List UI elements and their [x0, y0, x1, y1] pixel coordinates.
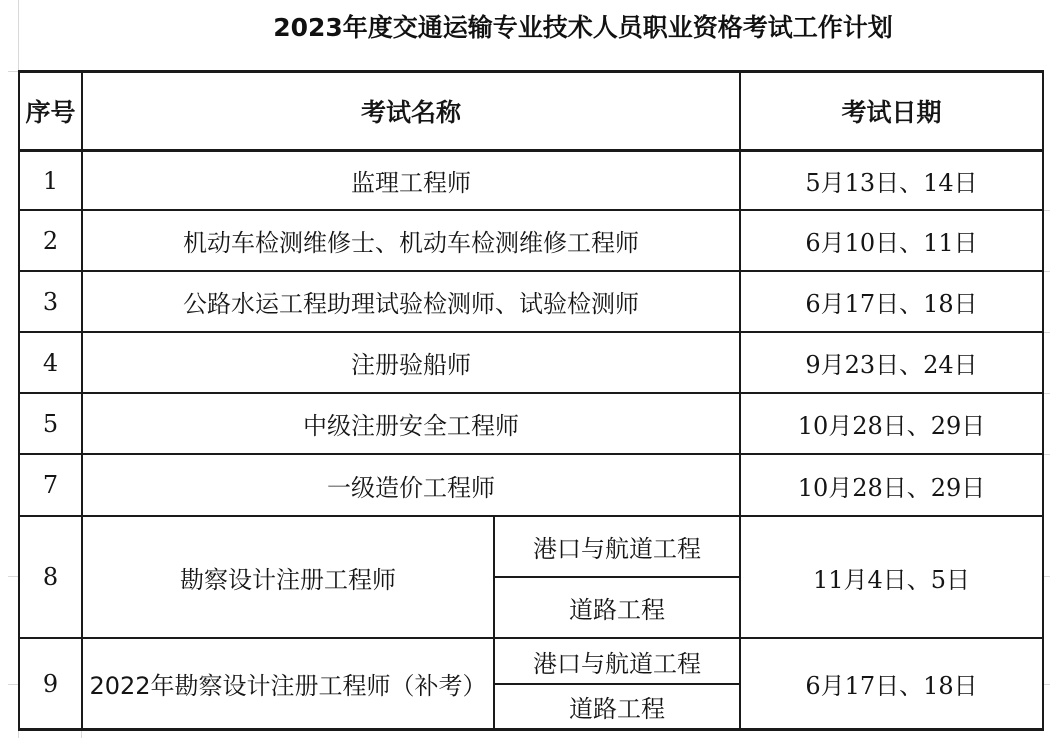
exam-date: 6月10日、11日	[741, 211, 1042, 270]
table-border-right	[1042, 70, 1044, 731]
row-index: 5	[20, 394, 81, 453]
exam-date: 5月13日、14日	[741, 152, 1042, 209]
row-index: 1	[20, 152, 81, 209]
exam-specialty: 港口与航道工程	[495, 517, 739, 576]
exam-name: 勘察设计注册工程师	[83, 517, 493, 637]
page-title: 2023年度交通运输专业技术人员职业资格考试工作计划	[0, 0, 1050, 56]
row-index: 3	[20, 272, 81, 331]
exam-name: 中级注册安全工程师	[83, 394, 739, 453]
row-index: 9	[20, 639, 81, 728]
header-index: 序号	[20, 73, 81, 149]
sheet-gridline	[8, 684, 18, 685]
exam-name: 监理工程师	[83, 152, 739, 209]
row-index: 4	[20, 333, 81, 392]
exam-name: 2022年勘察设计注册工程师（补考）	[83, 639, 493, 728]
sheet-gridline	[8, 576, 18, 577]
exam-date: 6月17日、18日	[741, 272, 1042, 331]
exam-name: 机动车检测维修士、机动车检测维修工程师	[83, 211, 739, 270]
exam-date: 10月28日、29日	[741, 394, 1042, 453]
exam-name: 公路水运工程助理试验检测师、试验检测师	[83, 272, 739, 331]
exam-name: 注册验船师	[83, 333, 739, 392]
row-index: 7	[20, 455, 81, 515]
exam-specialty: 港口与航道工程	[495, 639, 739, 683]
exam-specialty: 道路工程	[495, 578, 739, 637]
exam-date: 11月4日、5日	[741, 517, 1042, 637]
exam-specialty: 道路工程	[495, 685, 739, 728]
table-border-bottom	[18, 728, 1044, 731]
header-exam-date: 考试日期	[741, 73, 1042, 149]
row-index: 2	[20, 211, 81, 270]
exam-date: 6月17日、18日	[741, 639, 1042, 728]
row-index: 8	[20, 517, 81, 637]
header-exam-name: 考试名称	[83, 73, 739, 149]
exam-date: 9月23日、24日	[741, 333, 1042, 392]
exam-date: 10月28日、29日	[741, 455, 1042, 515]
exam-name: 一级造价工程师	[83, 455, 739, 515]
